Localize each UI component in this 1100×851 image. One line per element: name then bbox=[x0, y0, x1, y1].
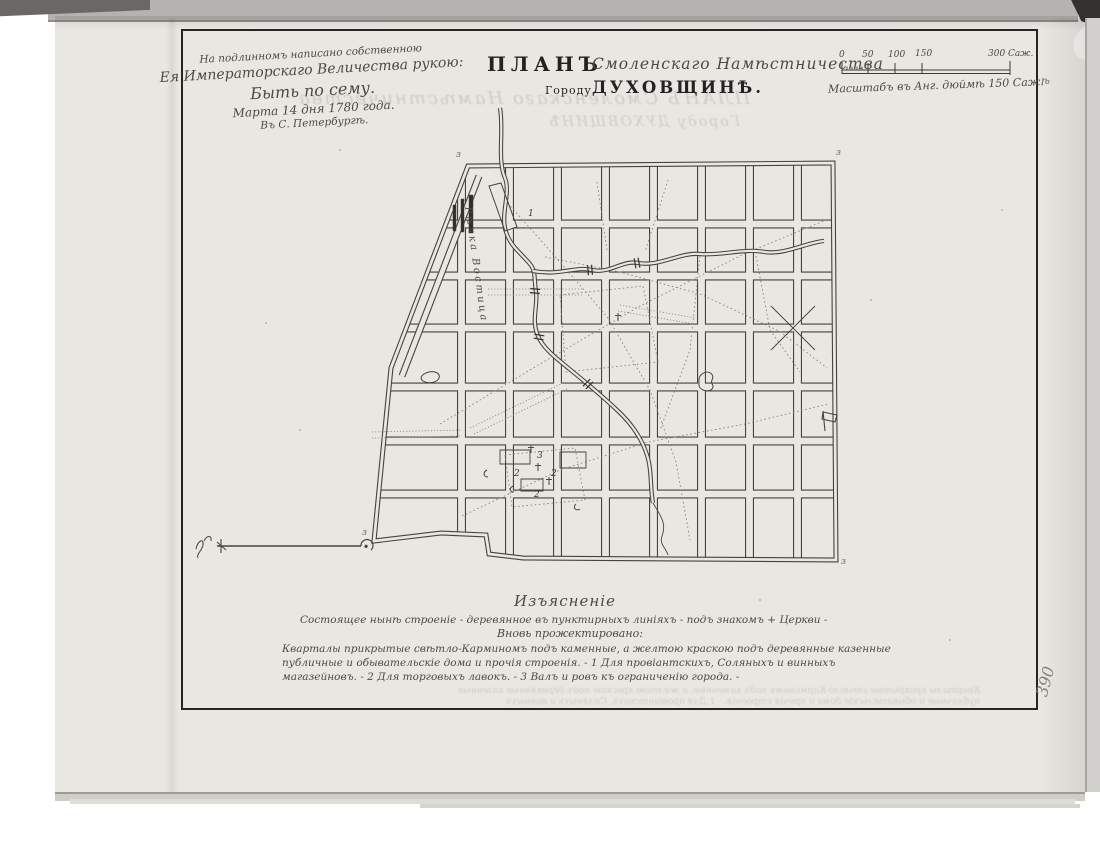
frame-edge-mark: ѣ bbox=[1041, 76, 1050, 87]
church-cross-icon bbox=[528, 445, 534, 453]
map-title-word: ПЛАНЪ bbox=[487, 52, 603, 76]
map-title-prefix2: Городу bbox=[545, 84, 592, 97]
corner-mark-nw: з bbox=[456, 150, 461, 160]
map-marker-2b: 2 bbox=[551, 469, 557, 479]
scale-end-label: 300 Саж. bbox=[988, 49, 1033, 59]
legend-line1: Состоящее нынѣ строеніе - деревянное въ … bbox=[300, 614, 880, 626]
legend-line5: магазейновъ. - 2 Для торговыхъ лавокъ. -… bbox=[282, 671, 882, 683]
map-marker-1: 1 bbox=[528, 209, 534, 219]
church-cross-icon bbox=[535, 463, 541, 471]
scanned-atlas-page: ПЛАНЪ Смоленскаго Намѣстничества Городу … bbox=[0, 0, 1100, 851]
ghost-title-2: Городу ДУХОВЩИНѢ bbox=[520, 114, 740, 130]
corner-mark-sw: з bbox=[362, 528, 367, 538]
scale-tick-0: 0 bbox=[839, 50, 845, 60]
map-marker-3: 3 bbox=[537, 451, 543, 461]
map-details bbox=[196, 183, 837, 558]
church-cross-icon bbox=[615, 313, 621, 321]
scale-tick-150: 150 bbox=[915, 49, 932, 59]
map-marker-2c: 2 bbox=[534, 490, 540, 500]
corner-mark-se: з bbox=[841, 557, 846, 567]
corner-mark-ne: з bbox=[836, 148, 841, 158]
scale-tick-100: 100 bbox=[888, 50, 905, 60]
ghost-legend-1: Кварталы прикрытые свѣтло-Карминомъ подъ… bbox=[380, 686, 980, 696]
map-title-city: ДУХОВЩИНѢ. bbox=[592, 78, 764, 97]
map-marker-2a: 2 bbox=[514, 469, 520, 479]
scale-tick-50: 50 bbox=[862, 50, 873, 60]
legend-line2: Вновь прожектировано: bbox=[430, 627, 710, 640]
legend-line3: Кварталы прикрытые свѣтло-Карминомъ подъ… bbox=[282, 643, 882, 655]
legend-heading: Изъясненіе bbox=[470, 592, 660, 610]
legend-line4: публичные и обывательскіе дома и прочія … bbox=[282, 657, 882, 669]
street-grid bbox=[370, 160, 840, 565]
ghost-legend-2: публичные и обывательскіе дома и прочія … bbox=[360, 697, 980, 707]
